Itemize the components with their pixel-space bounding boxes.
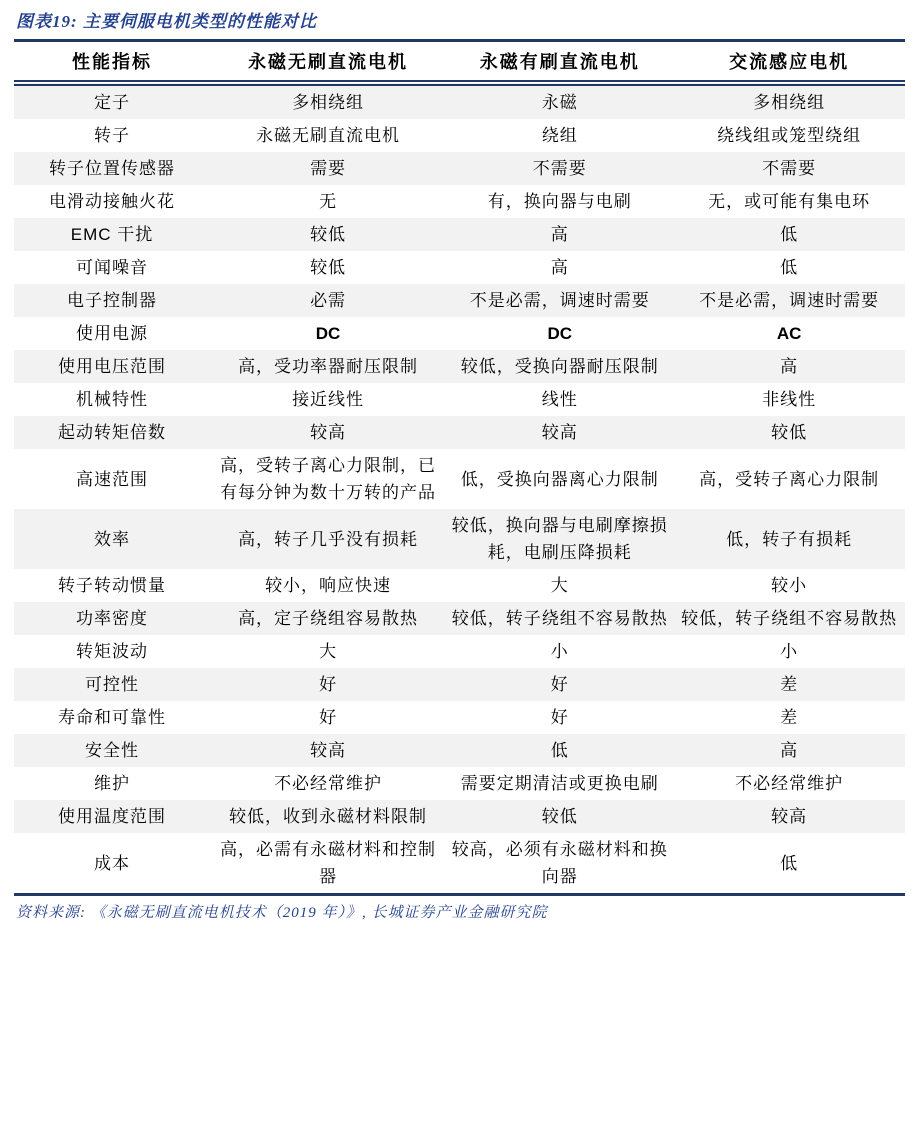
table-header-row: 性能指标永磁无刷直流电机永磁有刷直流电机交流感应电机: [14, 41, 905, 84]
cell-value: 低: [446, 734, 673, 767]
cell-value: 高，定子绕组容易散热: [210, 602, 446, 635]
cell-value: 较高: [210, 416, 446, 449]
cell-value: 高: [446, 218, 673, 251]
table-row: 使用电源DCDCAC: [14, 317, 905, 350]
table-row: 使用温度范围较低，收到永磁材料限制较低较高: [14, 800, 905, 833]
table-row: 功率密度高，定子绕组容易散热较低，转子绕组不容易散热较低，转子绕组不容易散热: [14, 602, 905, 635]
row-label: 高速范围: [14, 449, 210, 509]
cell-value: 小: [446, 635, 673, 668]
cell-value: 不需要: [673, 152, 905, 185]
table-row: 寿命和可靠性好好差: [14, 701, 905, 734]
header-cell-1: 永磁无刷直流电机: [210, 41, 446, 84]
figure-title: 图表19: 主要伺服电机类型的性能对比: [14, 5, 905, 39]
cell-value: 较低，转子绕组不容易散热: [673, 602, 905, 635]
cell-value: 较低: [210, 218, 446, 251]
table-body: 定子多相绕组永磁多相绕组转子永磁无刷直流电机绕组绕线组或笼型绕组转子位置传感器需…: [14, 83, 905, 895]
cell-value: 低: [673, 218, 905, 251]
cell-value: 非线性: [673, 383, 905, 416]
cell-value: 高，必需有永磁材料和控制器: [210, 833, 446, 895]
cell-value: 好: [210, 668, 446, 701]
table-row: 可闻噪音较低高低: [14, 251, 905, 284]
cell-value: 好: [210, 701, 446, 734]
cell-value: 较低: [446, 800, 673, 833]
table-row: 可控性好好差: [14, 668, 905, 701]
cell-value: 低: [673, 833, 905, 895]
cell-value: 不是必需，调速时需要: [446, 284, 673, 317]
table-row: EMC 干扰较低高低: [14, 218, 905, 251]
row-label: 维护: [14, 767, 210, 800]
row-label: 起动转矩倍数: [14, 416, 210, 449]
cell-value: 低，受换向器离心力限制: [446, 449, 673, 509]
header-cell-2: 永磁有刷直流电机: [446, 41, 673, 84]
table-row: 起动转矩倍数较高较高较低: [14, 416, 905, 449]
cell-value: 多相绕组: [673, 83, 905, 119]
cell-value: DC: [446, 317, 673, 350]
row-label: 可控性: [14, 668, 210, 701]
cell-value: 较低: [673, 416, 905, 449]
cell-value: 较高: [210, 734, 446, 767]
cell-value: 差: [673, 701, 905, 734]
cell-value: 绕线组或笼型绕组: [673, 119, 905, 152]
row-label: 电子控制器: [14, 284, 210, 317]
cell-value: 无: [210, 185, 446, 218]
cell-value: DC: [210, 317, 446, 350]
cell-value: 需要定期清洁或更换电刷: [446, 767, 673, 800]
row-label: 转子位置传感器: [14, 152, 210, 185]
row-label: 使用电源: [14, 317, 210, 350]
cell-value: 无，或可能有集电环: [673, 185, 905, 218]
cell-value: 较小: [673, 569, 905, 602]
table-row: 机械特性接近线性线性非线性: [14, 383, 905, 416]
table-row: 电滑动接触火花无有，换向器与电刷无，或可能有集电环: [14, 185, 905, 218]
table-row: 定子多相绕组永磁多相绕组: [14, 83, 905, 119]
table-row: 转子转动惯量较小，响应快速大较小: [14, 569, 905, 602]
cell-value: 较低，受换向器耐压限制: [446, 350, 673, 383]
cell-value: 永磁: [446, 83, 673, 119]
cell-value: 高: [673, 350, 905, 383]
row-label: 使用电压范围: [14, 350, 210, 383]
table-row: 维护不必经常维护需要定期清洁或更换电刷不必经常维护: [14, 767, 905, 800]
row-label: 寿命和可靠性: [14, 701, 210, 734]
cell-value: 绕组: [446, 119, 673, 152]
cell-value: 差: [673, 668, 905, 701]
cell-value: 高: [673, 734, 905, 767]
cell-value: 较高: [673, 800, 905, 833]
row-label: 安全性: [14, 734, 210, 767]
cell-value: 低: [673, 251, 905, 284]
table-row: 转矩波动大小小: [14, 635, 905, 668]
cell-value: 高，受功率器耐压限制: [210, 350, 446, 383]
cell-value: 较高: [446, 416, 673, 449]
cell-value: 小: [673, 635, 905, 668]
cell-value: 较低，换向器与电刷摩擦损耗，电刷压降损耗: [446, 509, 673, 569]
cell-value: 大: [446, 569, 673, 602]
row-label: EMC 干扰: [14, 218, 210, 251]
table-row: 电子控制器必需不是必需，调速时需要不是必需，调速时需要: [14, 284, 905, 317]
row-label: 可闻噪音: [14, 251, 210, 284]
cell-value: 有，换向器与电刷: [446, 185, 673, 218]
cell-value: 低，转子有损耗: [673, 509, 905, 569]
table-row: 高速范围高，受转子离心力限制，已有每分钟为数十万转的产品低，受换向器离心力限制高…: [14, 449, 905, 509]
header-cell-0: 性能指标: [14, 41, 210, 84]
table-row: 使用电压范围高，受功率器耐压限制较低，受换向器耐压限制高: [14, 350, 905, 383]
cell-value: 多相绕组: [210, 83, 446, 119]
table-row: 安全性较高低高: [14, 734, 905, 767]
header-cell-3: 交流感应电机: [673, 41, 905, 84]
cell-value: 大: [210, 635, 446, 668]
row-label: 使用温度范围: [14, 800, 210, 833]
source-note: 资料来源: 《永磁无刷直流电机技术（2019 年）》, 长城证券产业金融研究院: [14, 896, 905, 922]
cell-value: AC: [673, 317, 905, 350]
cell-value: 不需要: [446, 152, 673, 185]
cell-value: 较低，收到永磁材料限制: [210, 800, 446, 833]
cell-value: 高，受转子离心力限制: [673, 449, 905, 509]
cell-value: 较低: [210, 251, 446, 284]
cell-value: 需要: [210, 152, 446, 185]
cell-value: 高: [446, 251, 673, 284]
row-label: 转矩波动: [14, 635, 210, 668]
table-row: 转子位置传感器需要不需要不需要: [14, 152, 905, 185]
cell-value: 永磁无刷直流电机: [210, 119, 446, 152]
cell-value: 不是必需，调速时需要: [673, 284, 905, 317]
table-row: 效率高，转子几乎没有损耗较低，换向器与电刷摩擦损耗，电刷压降损耗低，转子有损耗: [14, 509, 905, 569]
row-label: 电滑动接触火花: [14, 185, 210, 218]
cell-value: 较高，必须有永磁材料和换向器: [446, 833, 673, 895]
row-label: 成本: [14, 833, 210, 895]
cell-value: 较低，转子绕组不容易散热: [446, 602, 673, 635]
cell-value: 好: [446, 701, 673, 734]
cell-value: 较小，响应快速: [210, 569, 446, 602]
cell-value: 线性: [446, 383, 673, 416]
table-row: 转子永磁无刷直流电机绕组绕线组或笼型绕组: [14, 119, 905, 152]
cell-value: 高，受转子离心力限制，已有每分钟为数十万转的产品: [210, 449, 446, 509]
cell-value: 不必经常维护: [673, 767, 905, 800]
motor-comparison-table: 性能指标永磁无刷直流电机永磁有刷直流电机交流感应电机 定子多相绕组永磁多相绕组转…: [14, 39, 905, 896]
row-label: 机械特性: [14, 383, 210, 416]
row-label: 定子: [14, 83, 210, 119]
table-row: 成本高，必需有永磁材料和控制器较高，必须有永磁材料和换向器低: [14, 833, 905, 895]
row-label: 转子转动惯量: [14, 569, 210, 602]
cell-value: 接近线性: [210, 383, 446, 416]
cell-value: 必需: [210, 284, 446, 317]
cell-value: 不必经常维护: [210, 767, 446, 800]
cell-value: 好: [446, 668, 673, 701]
row-label: 转子: [14, 119, 210, 152]
cell-value: 高，转子几乎没有损耗: [210, 509, 446, 569]
row-label: 效率: [14, 509, 210, 569]
row-label: 功率密度: [14, 602, 210, 635]
